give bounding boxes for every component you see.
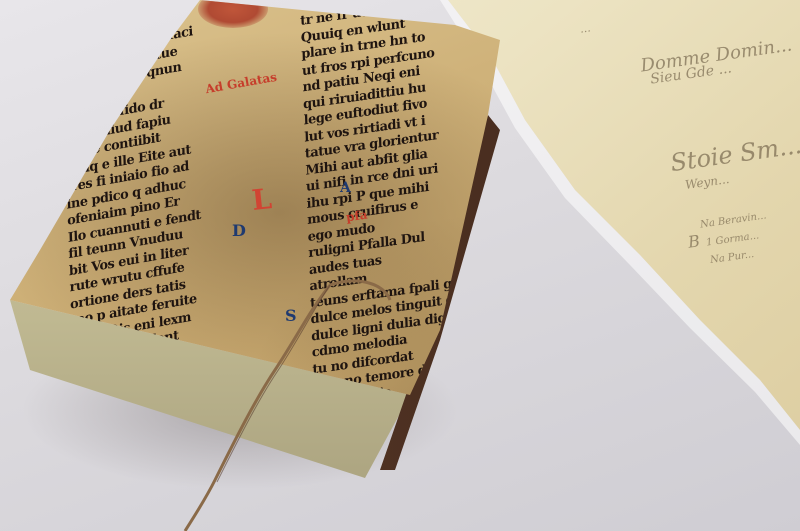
photo-scene: ... Domme Domin... Sieu Gde ... Stoie Sm… <box>0 0 800 531</box>
leather-bookmark-thong <box>0 0 800 531</box>
